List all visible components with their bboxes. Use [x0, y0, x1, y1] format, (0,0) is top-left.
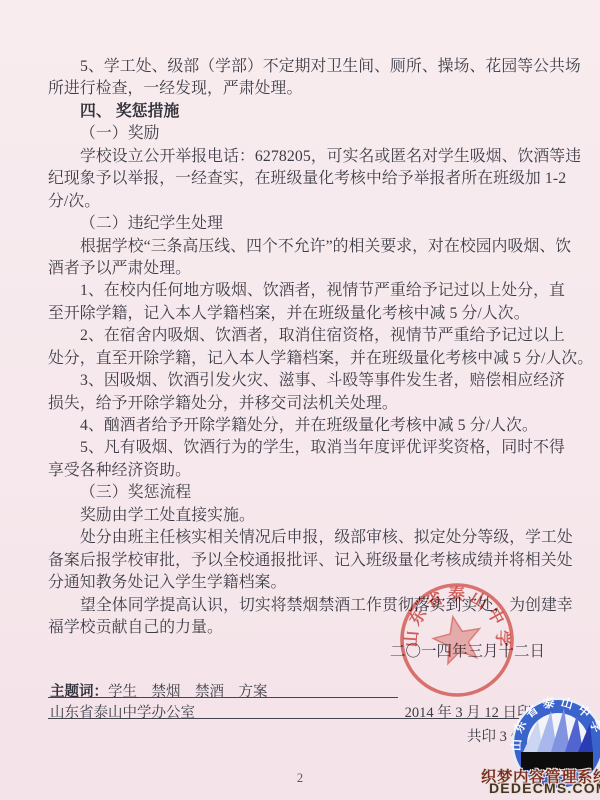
- watermark-domain: DEDECMS.COM: [489, 780, 600, 796]
- scanned-document-page: 5、学工处、级部（学部）不定期对卫生间、厕所、操场、花园等公共场 所进行检查，一…: [0, 0, 600, 800]
- dedecms-watermark-logo: 山东省泰山中学: [0, 0, 600, 800]
